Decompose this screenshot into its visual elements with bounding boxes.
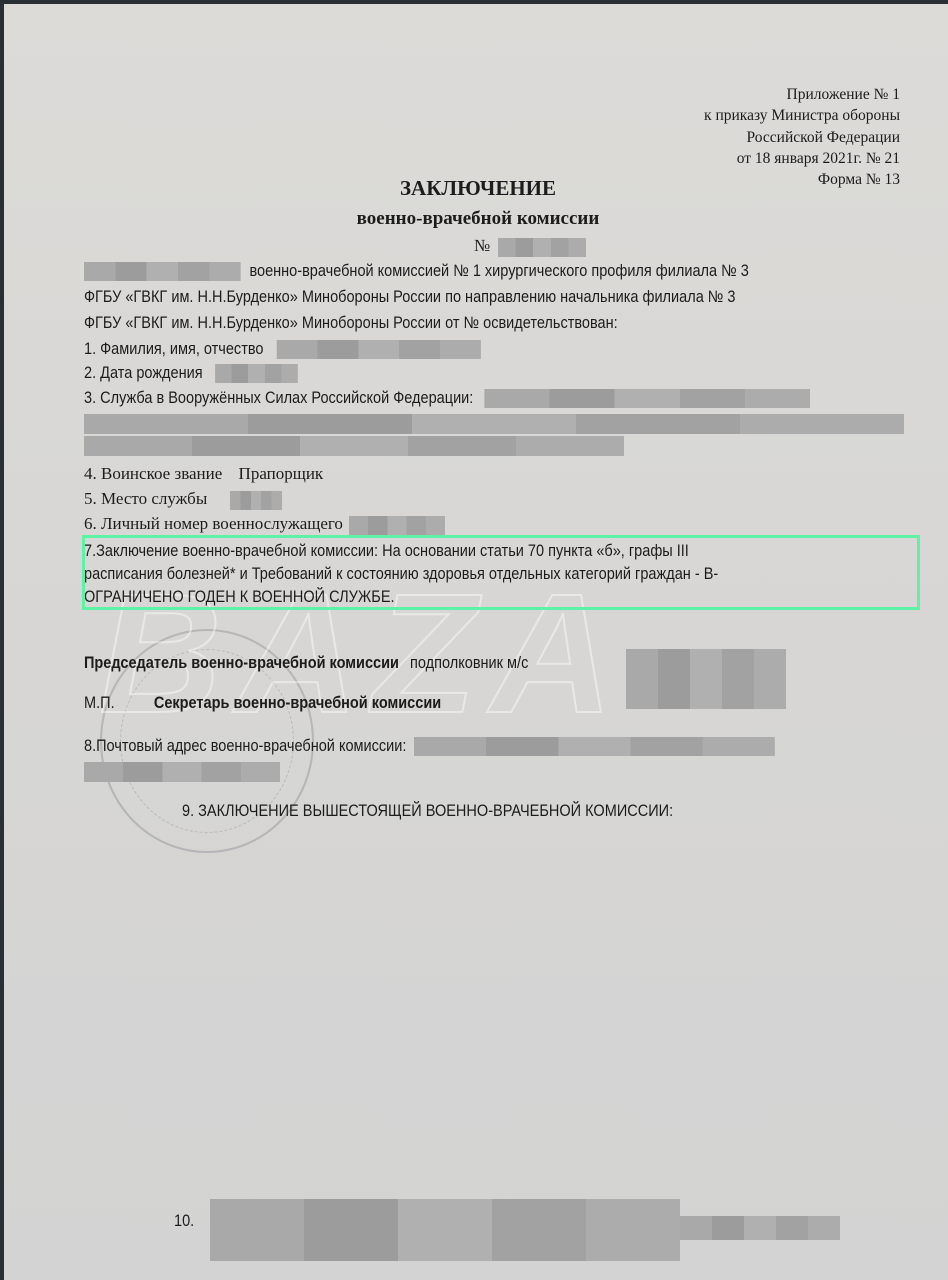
- stamp-label: М.П.: [84, 694, 115, 712]
- redacted-name: [276, 340, 480, 359]
- redacted-place: [230, 491, 282, 510]
- intro-line-3: ФГБУ «ГВКГ им. Н.Н.Бурденко» Минобороны …: [84, 314, 618, 333]
- redacted-block: [84, 762, 280, 782]
- field-service-place: 5. Место службы: [84, 489, 282, 510]
- chairman-label: Председатель военно-врачебной комиссии: [84, 654, 399, 672]
- field-label: 2. Дата рождения: [84, 364, 203, 382]
- redacted-address: [414, 737, 775, 756]
- redacted-service: [484, 389, 810, 408]
- redacted-block: [210, 1199, 680, 1261]
- appendix-line: Приложение № 1: [704, 84, 900, 105]
- field-full-name: 1. Фамилия, имя, отчество: [84, 340, 480, 359]
- secretary-line: М.П. Секретарь военно-врачебной комиссии: [84, 694, 441, 713]
- redacted-signature: [626, 649, 786, 709]
- redacted-block: [626, 649, 786, 709]
- conclusion-line-1: 7.Заключение военно-врачебной комиссии: …: [84, 542, 689, 561]
- field-birth-date: 2. Дата рождения: [84, 364, 298, 383]
- document-number: №: [474, 236, 586, 257]
- postal-address: 8.Почтовый адрес военно-врачебной комисс…: [84, 737, 775, 756]
- field-label: 5. Место службы: [84, 489, 207, 508]
- appendix-line: от 18 января 2021г. № 21: [704, 148, 900, 169]
- chairman-rank: подполковник м/с: [410, 654, 528, 672]
- redacted-block: [680, 1216, 840, 1240]
- intro-line-1: военно-врачебной комиссией № 1 хирургиче…: [84, 262, 749, 281]
- redacted-personal-number: [349, 516, 445, 535]
- appendix-line: Российской Федерации: [704, 127, 900, 148]
- postal-label: 8.Почтовый адрес военно-врачебной комисс…: [84, 737, 406, 755]
- field-label: 1. Фамилия, имя, отчество: [84, 340, 263, 358]
- field-personal-number: 6. Личный номер военнослужащего: [84, 514, 445, 535]
- redacted-service-cont-2: [84, 436, 624, 456]
- conclusion-line-2: расписания болезней* и Требований к сост…: [84, 565, 718, 584]
- redacted-service-cont: [84, 414, 904, 434]
- redacted-block: [84, 414, 904, 434]
- document-subtitle: военно-врачебной комиссии: [4, 208, 948, 230]
- document-title: ЗАКЛЮЧЕНИЕ: [4, 176, 948, 201]
- field-label: 4. Воинское звание: [84, 464, 222, 483]
- number-label: №: [474, 236, 490, 255]
- redacted-date: [84, 262, 241, 281]
- appendix-header: Приложение № 1 к приказу Министра оборон…: [704, 84, 900, 190]
- field-service: 3. Служба в Вооружённых Силах Российской…: [84, 389, 810, 408]
- intro-text: военно-врачебной комиссией № 1 хирургиче…: [249, 262, 748, 280]
- field-label: 6. Личный номер военнослужащего: [84, 514, 343, 533]
- rank-value: Прапорщик: [239, 464, 324, 483]
- redacted-birth-date: [215, 364, 298, 383]
- secretary-label: Секретарь военно-врачебной комиссии: [154, 694, 441, 712]
- appendix-line: к приказу Министра обороны: [704, 105, 900, 126]
- chairman-line: Председатель военно-врачебной комиссии п…: [84, 654, 528, 673]
- redacted-number: [498, 238, 586, 257]
- redacted-address-cont: [84, 762, 280, 782]
- redacted-section-10: [210, 1199, 680, 1261]
- redacted-block: [84, 436, 624, 456]
- section-9-heading: 9. ЗАКЛЮЧЕНИЕ ВЫШЕСТОЯЩЕЙ ВОЕННО-ВРАЧЕБН…: [182, 802, 673, 821]
- field-rank: 4. Воинское звание Прапорщик: [84, 464, 323, 484]
- document-page: BAZA Приложение № 1 к приказу Министра о…: [4, 4, 948, 1280]
- intro-line-2: ФГБУ «ГВКГ им. Н.Н.Бурденко» Минобороны …: [84, 288, 735, 307]
- conclusion-verdict: ОГРАНИЧЕНО ГОДЕН К ВОЕННОЙ СЛУЖБЕ.: [84, 588, 395, 607]
- field-label: 3. Служба в Вооружённых Силах Российской…: [84, 389, 473, 407]
- redacted-section-10-tail: [680, 1216, 840, 1240]
- section-10-label: 10.: [174, 1212, 194, 1231]
